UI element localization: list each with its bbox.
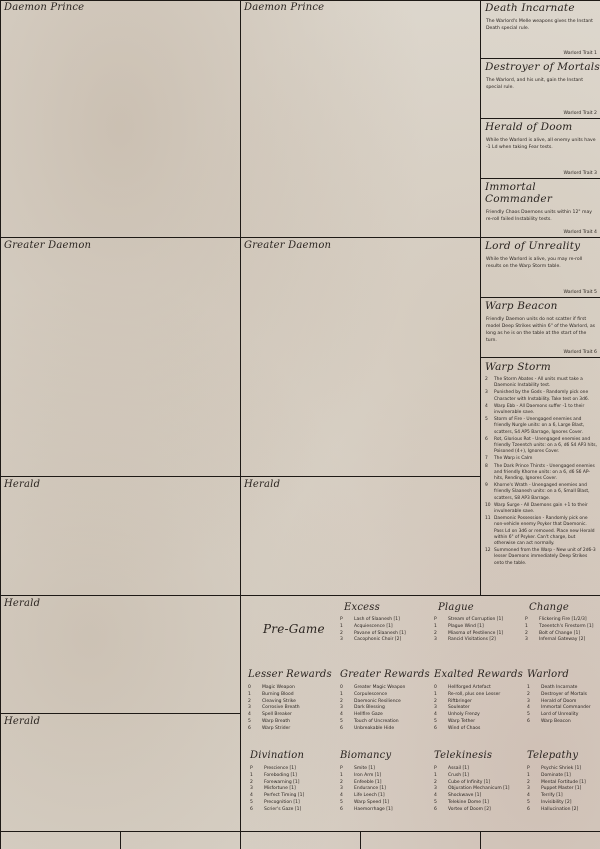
warp-storm-entry: 12Summoned from the Warp - New unit of 2… <box>485 548 597 567</box>
reference-panel: Pre-Game Excess PLash of Slaanesh [1] 1A… <box>241 596 600 831</box>
warp-storm-entry: 3Punished by the Gods - Randomly pick on… <box>485 390 597 402</box>
warp-storm-table: Warp Storm 2The Storm Abates - All units… <box>481 359 600 595</box>
warp-storm-entry: 2The Storm Abates - All units must take … <box>485 377 597 389</box>
ref-item: 6Vortex of Doom [2] <box>434 807 526 814</box>
ref-item: 5Precognition [1] <box>250 800 340 807</box>
trait-title: Destroyer of Mortals <box>481 59 600 73</box>
ref-item: PStream of Corruption [1] <box>434 617 524 624</box>
ref-item: 4Shockwave [1] <box>434 793 526 800</box>
trait-text: Friendly Daemon units do not scatter if … <box>481 312 600 344</box>
ref-item: 6Warp Strider <box>248 726 338 733</box>
warlord-trait-card: Death Incarnate The Warlord's Melle weap… <box>480 0 600 59</box>
slot-title: Herald <box>244 479 280 490</box>
grid-line <box>360 831 361 849</box>
ref-item: 0Magic Weapon <box>248 685 338 692</box>
warlord-trait-card: Warp Beacon Friendly Daemon units do not… <box>480 298 600 358</box>
warp-storm-entry: 4Warp Ebb - All Daemons suffer -1 to the… <box>485 404 597 416</box>
ref-title: Plague <box>434 602 524 613</box>
ref-item: 6Wind of Chaos <box>434 726 526 733</box>
ref-item: 5Telekine Dome [1] <box>434 800 526 807</box>
ref-excess: Excess PLash of Slaanesh [1] 1Acquiescen… <box>340 602 430 644</box>
warlord-trait-card: Lord of Unreality While the Warlord is a… <box>480 238 600 298</box>
trait-label: Warlord Trait 1 <box>563 51 597 56</box>
slot-title: Greater Daemon <box>4 240 91 251</box>
trait-text: The Warlord, and his unit, gain the Inst… <box>481 73 600 91</box>
trait-label: Warlord Trait 4 <box>563 230 597 235</box>
ref-item: PSmite [1] <box>340 766 430 773</box>
ref-item: 5Touch of Uncreation <box>340 719 432 726</box>
trait-title: Herald of Doom <box>481 119 600 133</box>
warlord-trait-card: Immortal Commander Friendly Chaos Daemon… <box>480 179 600 238</box>
trait-title: Immortal Commander <box>481 179 600 205</box>
warp-storm-title: Warp Storm <box>481 359 600 373</box>
trait-text: The Warlord's Melle weapons gives the In… <box>481 14 600 32</box>
ref-plague: Plague PStream of Corruption [1] 1Plague… <box>434 602 524 644</box>
trait-title: Lord of Unreality <box>481 238 600 252</box>
ref-title: Biomancy <box>340 750 430 761</box>
slot-title: Herald <box>4 479 40 490</box>
ref-item: 5Warp Breath <box>248 719 338 726</box>
ref-item: 1Acquiescence [1] <box>340 624 430 631</box>
trait-title: Warp Beacon <box>481 298 600 312</box>
ref-item: 6Haemorrhage [1] <box>340 807 430 814</box>
ref-item: 1Foreboding [1] <box>250 773 340 780</box>
warp-storm-entry: 10Warp Surge - All Daemons gain +1 to th… <box>485 503 597 515</box>
ref-item: 1Corpulescence <box>340 692 432 699</box>
grid-line <box>120 831 121 849</box>
slot-herald-2: Herald <box>240 477 480 595</box>
ref-warlord: Warlord 1Death Incarnate 2Destroyer of M… <box>527 669 600 726</box>
ref-item: 1Death Incarnate <box>527 685 600 692</box>
ref-item: 4Life Leech [1] <box>340 793 430 800</box>
slot-title: Herald <box>4 598 40 609</box>
ref-item: 4Hellfire Gaze <box>340 712 432 719</box>
slot-daemon-prince-1: Daemon Prince <box>0 0 240 237</box>
ref-item: 0Hellforged Artefact <box>434 685 526 692</box>
ref-title: Change <box>525 602 600 613</box>
ref-divination: Divination PPrescience [1] 1Foreboding [… <box>250 750 340 814</box>
ref-item: PAssail [1] <box>434 766 526 773</box>
warlord-trait-card: Destroyer of Mortals The Warlord, and hi… <box>480 59 600 119</box>
ref-item: 2Destroyer of Mortals <box>527 692 600 699</box>
ref-title: Lesser Rewards <box>248 669 338 680</box>
slot-herald-1: Herald <box>0 477 240 595</box>
slot-title: Daemon Prince <box>4 2 84 13</box>
ref-item: 4Terrify [1] <box>527 793 600 800</box>
warp-storm-list: 2The Storm Abates - All units must take … <box>481 373 600 567</box>
ref-item: 6Hallucination [2] <box>527 807 600 814</box>
ref-item: 3Infernal Gateway [2] <box>525 637 600 644</box>
trait-label: Warlord Trait 2 <box>563 111 597 116</box>
ref-item: 4Spell Breaker <box>248 712 338 719</box>
trait-text: While the Warlord is alive, all enemy un… <box>481 133 600 151</box>
ref-item: 1Iron Arm [1] <box>340 773 430 780</box>
warp-storm-entry: 11Daemonic Possession - Randomly pick on… <box>485 516 597 547</box>
ref-greater-rewards: Greater Rewards 0Greater Magic Weapon 1C… <box>340 669 432 733</box>
warp-storm-entry: 5Storm of Fire - Unengaged enemies and f… <box>485 417 597 436</box>
grid-line <box>480 831 481 849</box>
warp-storm-entry: 7The Warp is Calm <box>485 456 597 462</box>
trait-text: While the Warlord is alive, you may re-r… <box>481 252 600 270</box>
ref-item: 4Unholy Frenzy <box>434 712 526 719</box>
warp-storm-entry: 9Khorne's Wrath - Unengaged enemies and … <box>485 483 597 502</box>
ref-item: 6Scrier's Gaze [1] <box>250 807 340 814</box>
ref-title: Warlord <box>527 669 600 680</box>
ref-title: Telekinesis <box>434 750 526 761</box>
ref-item: 5Lord of Unreality <box>527 712 600 719</box>
ref-item: 4Perfect Timing [1] <box>250 793 340 800</box>
slot-herald-3: Herald <box>0 596 240 713</box>
ref-item: 5Warp Tether <box>434 719 526 726</box>
ref-title: Greater Rewards <box>340 669 432 680</box>
trait-label: Warlord Trait 6 <box>563 350 597 355</box>
ref-title: Telepathy <box>527 750 600 761</box>
ref-item: 5Warp Speed [1] <box>340 800 430 807</box>
ref-item: 1Re-roll, plus one Lesser <box>434 692 526 699</box>
ref-title: Divination <box>250 750 340 761</box>
ref-item: 1Burning Blood <box>248 692 338 699</box>
slot-daemon-prince-2: Daemon Prince <box>240 0 480 237</box>
slot-greater-daemon-1: Greater Daemon <box>0 238 240 476</box>
trait-label: Warlord Trait 3 <box>563 171 597 176</box>
slot-greater-daemon-2: Greater Daemon <box>240 238 480 476</box>
ref-item: PLash of Slaanesh [1] <box>340 617 430 624</box>
ref-telepathy: Telepathy PPsychic Shriek [1] 1Dominate … <box>527 750 600 814</box>
ref-item: 1Crush [1] <box>434 773 526 780</box>
grid-line <box>0 831 600 832</box>
warlord-trait-card: Herald of Doom While the Warlord is aliv… <box>480 119 600 179</box>
warp-storm-entry: 8The Dark Prince Thirsts - Unengaged ene… <box>485 464 597 483</box>
ref-exalted-rewards: Exalted Rewards 0Hellforged Artefact 1Re… <box>434 669 526 733</box>
trait-title: Death Incarnate <box>481 0 600 14</box>
ref-item: 5Invisibility [2] <box>527 800 600 807</box>
ref-change: Change PFlickering Fire [1/2/3] 1Tzeentc… <box>525 602 600 644</box>
ref-item: 6Warp Beacon <box>527 719 600 726</box>
ref-item: 1Dominate [1] <box>527 773 600 780</box>
ref-item: 1Plague Wind [1] <box>434 624 524 631</box>
ref-item: PPsychic Shriek [1] <box>527 766 600 773</box>
ref-item: PPrescience [1] <box>250 766 340 773</box>
ref-item: 1Tzeentch's Firestorm [1] <box>525 624 600 631</box>
ref-title: Excess <box>340 602 430 613</box>
ref-title: Exalted Rewards <box>434 669 526 680</box>
ref-item: 3Cacophonic Choir [2] <box>340 637 430 644</box>
ref-lesser-rewards: Lesser Rewards 0Magic Weapon 1Burning Bl… <box>248 669 338 733</box>
warp-storm-entry: 6Rot, Glorious Rot - Unengaged enemies a… <box>485 437 597 456</box>
ref-item: 3Rancid Visitations [2] <box>434 637 524 644</box>
slot-herald-4: Herald <box>0 714 240 831</box>
slot-title: Greater Daemon <box>244 240 331 251</box>
trait-text: Friendly Chaos Daemons units within 12" … <box>481 205 600 223</box>
ref-item: 3Puppet Master [1] <box>527 786 600 793</box>
ref-item: 0Greater Magic Weapon <box>340 685 432 692</box>
pregame-title: Pre-Game <box>263 622 325 636</box>
ref-biomancy: Biomancy PSmite [1] 1Iron Arm [1] 2Enfee… <box>340 750 430 814</box>
slot-title: Herald <box>4 716 40 727</box>
ref-item: PFlickering Fire [1/2/3] <box>525 617 600 624</box>
slot-title: Daemon Prince <box>244 2 324 13</box>
trait-label: Warlord Trait 5 <box>563 290 597 295</box>
ref-telekinesis: Telekinesis PAssail [1] 1Crush [1] 2Cube… <box>434 750 526 814</box>
ref-item: 6Unbreakable Hide <box>340 726 432 733</box>
